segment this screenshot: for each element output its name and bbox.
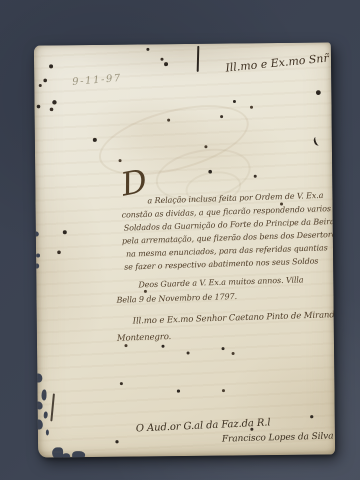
addressee-line: Montenegro.: [117, 332, 172, 344]
signature-title: O Aud.or G.al da Faz.da R.l: [136, 417, 271, 434]
manuscript-paper: 9-11-97 Ill.mo e Ex.mo Snr̃ D a Relação …: [34, 42, 335, 457]
tear-hole: [36, 254, 40, 258]
ink-blot-mark: [313, 136, 323, 147]
tear-hole: [44, 411, 48, 418]
drop-cap-initial: D: [119, 164, 150, 200]
ink-specks: [34, 46, 36, 48]
tear-hole: [62, 453, 70, 457]
salutation-header: Ill.mo e Ex.mo Snr̃: [225, 52, 329, 75]
paper-crease-mark: [50, 393, 55, 421]
tear-hole: [36, 401, 43, 409]
closing-line: Bella 9 de Novembro de 1797.: [116, 292, 237, 305]
tear-hole: [46, 429, 49, 435]
tear-hole: [35, 264, 39, 269]
addressee-line: Ill.mo e Ex.mo Senhor Caetano Pinto de M…: [133, 310, 336, 326]
closing-line: Deos Guarde a V. Ex.a muitos annos. Vill…: [138, 275, 303, 289]
signature-name: Francisco Lopes da Silva: [222, 432, 334, 445]
tear-hole: [72, 451, 85, 457]
tear-hole: [36, 419, 43, 429]
photo-backdrop: 9-11-97 Ill.mo e Ex.mo Snr̃ D a Relação …: [0, 0, 360, 480]
pencil-date-annotation: 9-11-97: [72, 73, 123, 88]
tear-hole: [41, 389, 46, 400]
tear-hole: [34, 232, 39, 237]
body-line: se fazer o respectivo abatimento nos seu…: [124, 257, 318, 272]
ink-stroke-mark: [197, 46, 200, 72]
tear-hole: [35, 373, 42, 382]
